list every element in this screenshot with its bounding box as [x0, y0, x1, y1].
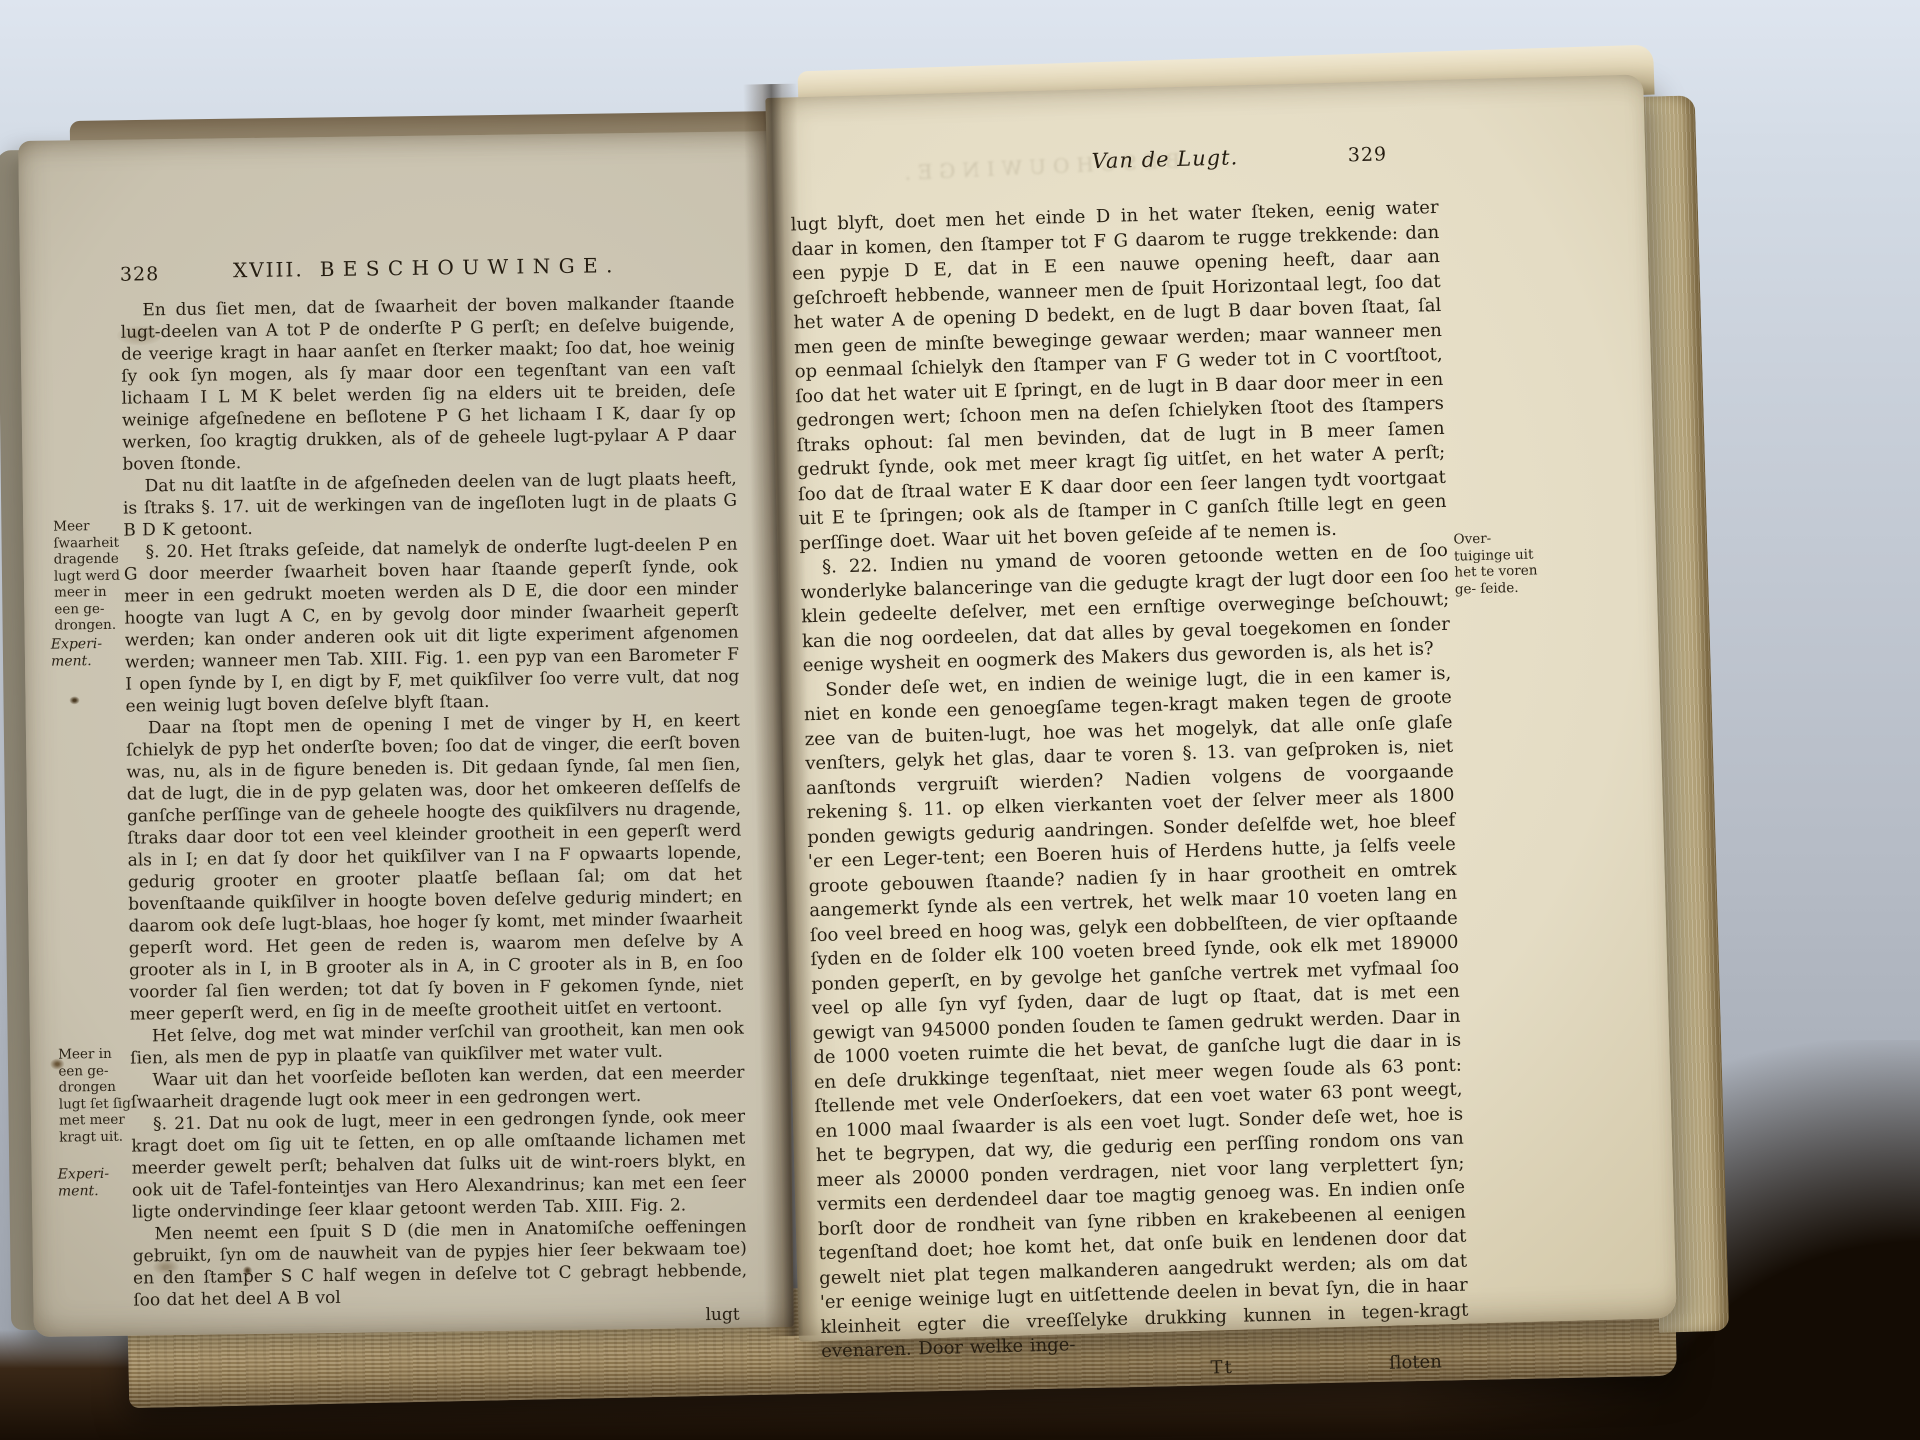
running-header: Van de Lugt. 329	[789, 140, 1438, 188]
margin-note-line: Over-	[1453, 531, 1491, 548]
margin-note-line: drongen.	[54, 617, 130, 634]
stain-spot	[69, 696, 79, 704]
running-header: 328 XVIII.BESCHOUWINGE.	[120, 252, 734, 292]
margin-note-line: kragt uit.	[59, 1128, 135, 1145]
margin-note: Experi- ment.	[58, 1166, 134, 1200]
margin-note-line: ment.	[58, 1182, 134, 1199]
margin-note-line: meer in	[54, 584, 130, 601]
margin-note-line: dragende	[54, 551, 130, 568]
left-page-number: 328	[120, 263, 160, 286]
right-page-number: 329	[1348, 143, 1388, 166]
margin-note-line: Experi-	[51, 636, 127, 653]
margin-note: Over- tuiginge uit het te voren ge- ſeid…	[1453, 529, 1545, 597]
right-text-column: lugt blyft, doet men het einde D in het …	[790, 196, 1470, 1395]
margin-note-line: lugt ſet ſig	[59, 1095, 135, 1112]
margin-note: Meer ſwaarheit dragende lugt werd meer i…	[53, 518, 131, 634]
body-paragraph: Daar na ſtopt men de opening I met de vi…	[126, 710, 744, 1026]
margin-note: Meer in een ge- drongen lugt ſet ſig met…	[58, 1046, 135, 1146]
body-paragraph: lugt blyft, doet men het einde D in het …	[790, 196, 1447, 556]
right-page: BESCHOUWINGE. Over- tuiginge uit het te …	[765, 74, 1676, 1341]
running-title-chapter-numeral: XVIII.	[233, 257, 304, 282]
margin-note-line: lugt werd	[54, 567, 130, 584]
body-paragraph: Dat nu dit laatſte in de afgeſneden deel…	[123, 468, 738, 542]
photo-background: Meer ſwaarheit dragende lugt werd meer i…	[0, 0, 1920, 1440]
margin-note-line: met meer	[59, 1112, 135, 1129]
signature-mark: Tt	[1210, 1355, 1234, 1380]
left-text-column: En dus ſiet men, dat de ſwaarheit der bo…	[120, 292, 747, 1334]
catchword-left: lugt	[705, 1305, 739, 1325]
catchword-right: ſloten	[1389, 1350, 1442, 1376]
body-paragraph: §. 21. Dat nu ook de lugt, meer in een g…	[131, 1106, 746, 1224]
left-page: Meer ſwaarheit dragende lugt werd meer i…	[18, 131, 794, 1337]
margin-note-line: ment.	[51, 652, 127, 669]
left-running-title: XVIII.BESCHOUWINGE.	[120, 252, 734, 284]
margin-note-line: Experi-	[58, 1166, 134, 1183]
body-paragraph: Sonder deſe wet, en indien de weinige lu…	[803, 661, 1469, 1364]
margin-note-line: ſeide.	[1480, 579, 1519, 596]
margin-note-line: drongen	[58, 1079, 134, 1096]
body-paragraph: En dus ſiet men, dat de ſwaarheit der bo…	[120, 292, 736, 476]
margin-note-line: een ge-	[58, 1062, 134, 1079]
margin-note: Experi- ment.	[51, 636, 127, 670]
margin-note-line: tuiginge	[1454, 547, 1511, 565]
running-title-text: BESCHOUWINGE.	[320, 253, 621, 281]
margin-note-line: een ge-	[54, 600, 130, 617]
margin-note-line: ſwaarheit	[53, 534, 129, 551]
right-running-title: Van de Lugt.	[1091, 145, 1238, 173]
margin-note-line: Meer in	[58, 1046, 134, 1063]
body-paragraph: §. 20. Het ſtraks geſeide, dat namelyk d…	[123, 534, 739, 718]
body-paragraph: Men neemt een ſpuit S D (die men in Anat…	[132, 1216, 747, 1312]
body-paragraph: §. 22. Indien nu ymand de vooren getoond…	[800, 539, 1451, 679]
margin-note-line: Meer	[53, 518, 129, 535]
